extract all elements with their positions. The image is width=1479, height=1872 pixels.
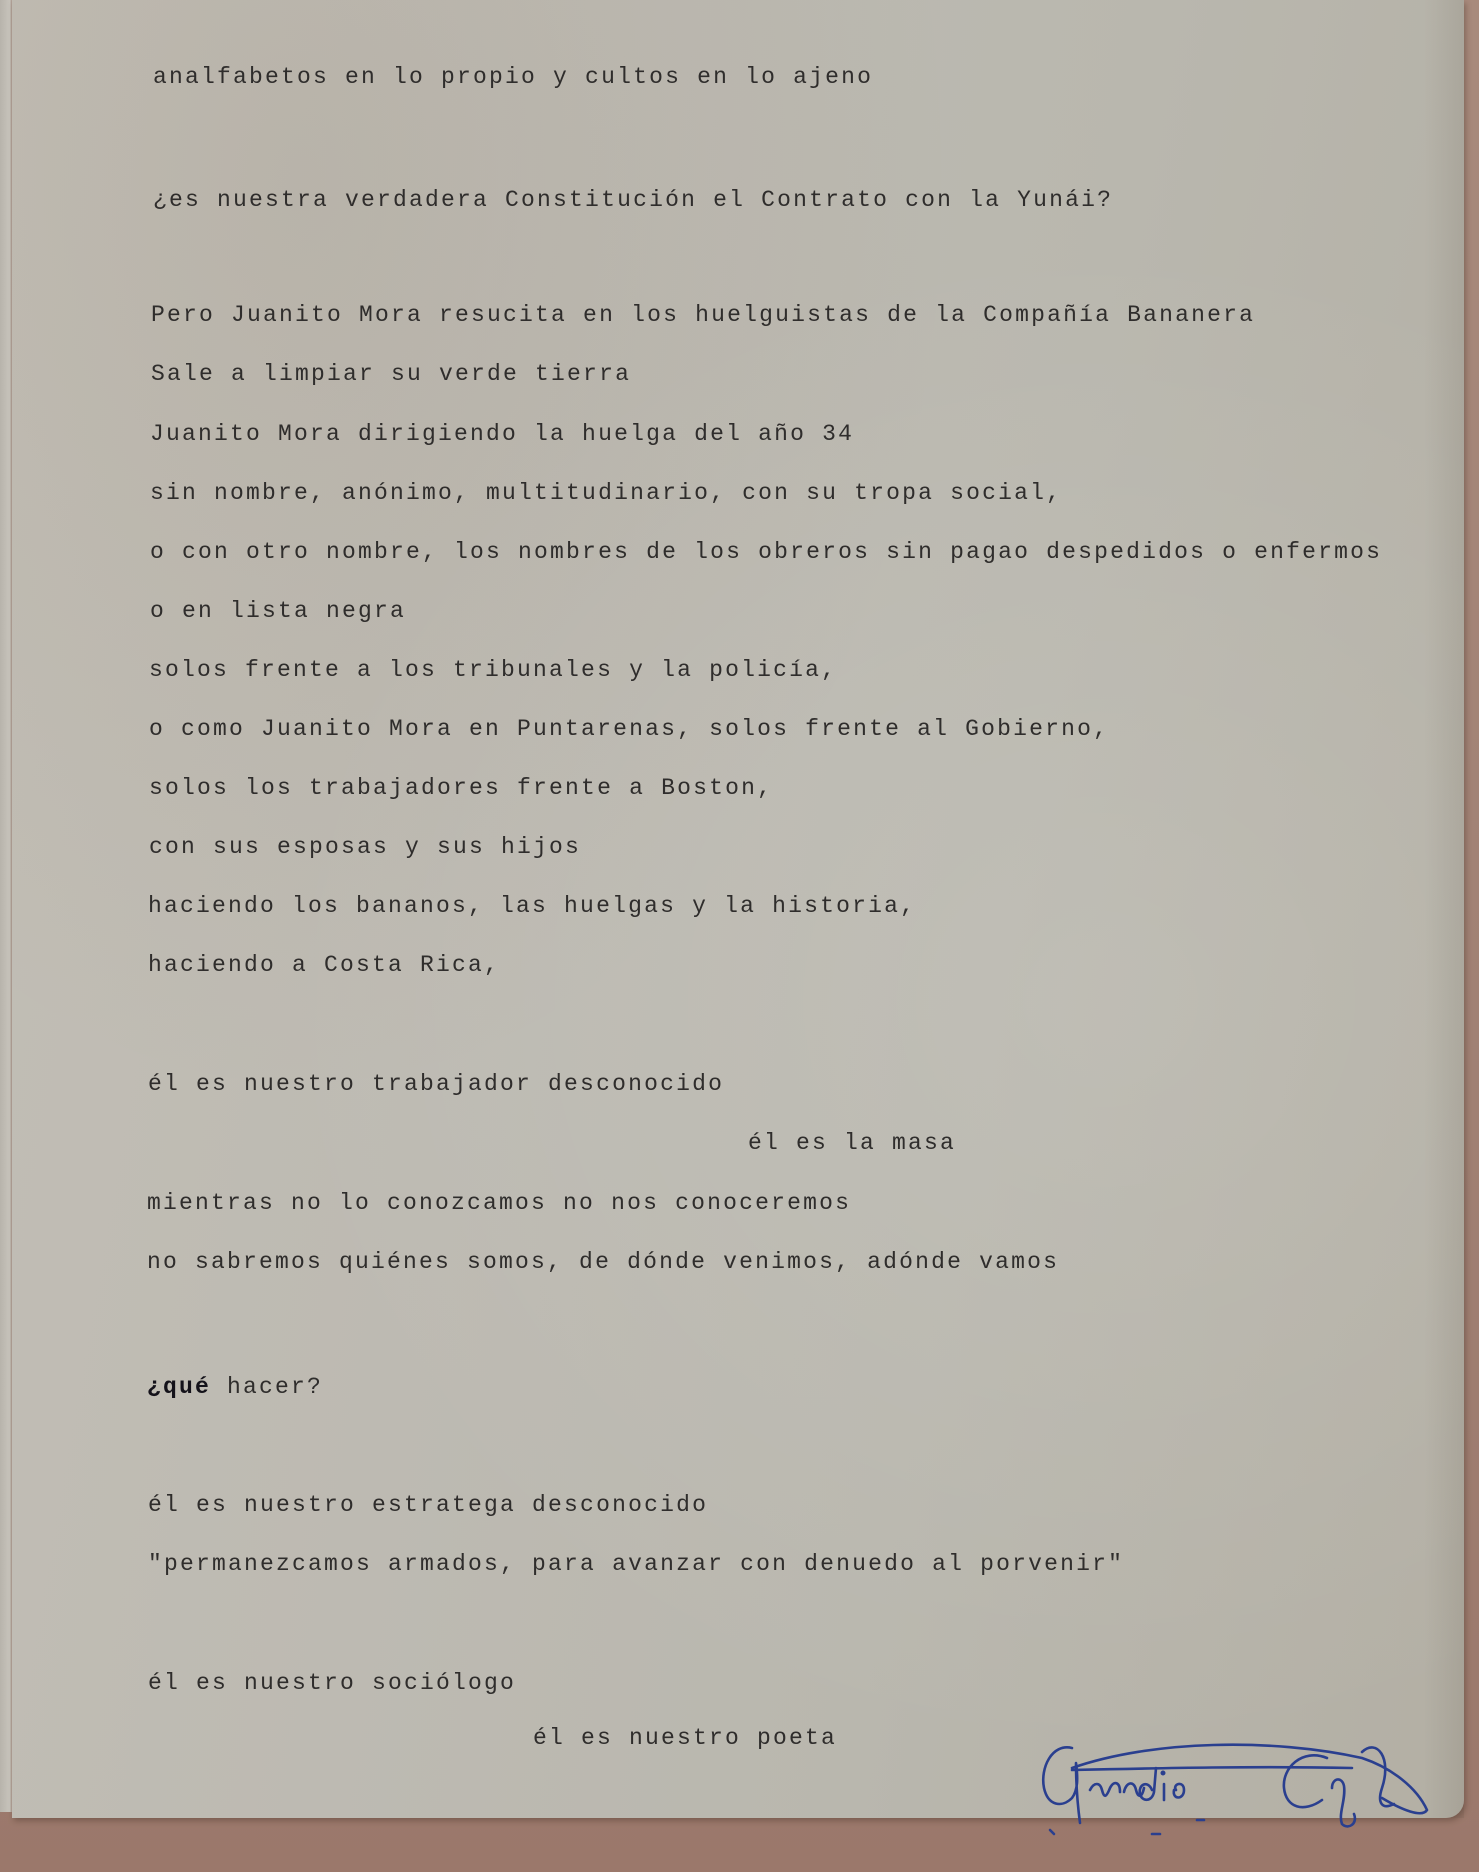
text-line: con sus esposas y sus hijos [149, 836, 581, 859]
text-line: haciendo a Costa Rica, [148, 954, 500, 977]
line-text: él es nuestro estratega desconocido [148, 1492, 708, 1518]
text-line: ¿es nuestra verdadera Constitución el Co… [153, 189, 1113, 212]
line-text: no sabremos quiénes somos, de dónde veni… [147, 1249, 1059, 1275]
text-line: sin nombre, anónimo, multitudinario, con… [150, 482, 1062, 505]
text-line: él es la masa [748, 1132, 956, 1155]
text-line: él es nuestro estratega desconocido [148, 1494, 708, 1517]
line-text: solos frente a los tribunales y la polic… [149, 657, 837, 683]
text-line: solos los trabajadores frente a Boston, [149, 777, 773, 800]
text-line: él es nuestro trabajador desconocido [148, 1073, 724, 1096]
line-text: o como Juanito Mora en Puntarenas, solos… [149, 716, 1109, 742]
text-line: Juanito Mora dirigiendo la huelga del añ… [150, 423, 854, 446]
text-line: no sabremos quiénes somos, de dónde veni… [147, 1251, 1059, 1274]
line-text: "permanezcamos armados, para avanzar con… [148, 1551, 1124, 1577]
text-line: o en lista negra [150, 600, 406, 623]
text-line: o con otro nombre, los nombres de los ob… [150, 541, 1382, 564]
line-text: Juanito Mora dirigiendo la huelga del añ… [150, 421, 854, 447]
text-line: haciendo los bananos, las huelgas y la h… [148, 895, 916, 918]
line-text: o en lista negra [150, 598, 406, 624]
line-text: ¿es nuestra verdadera Constitución el Co… [153, 187, 1113, 213]
line-text: haciendo a Costa Rica, [148, 952, 500, 978]
line-text: él es nuestro trabajador desconocido [148, 1071, 724, 1097]
text-line: solos frente a los tribunales y la polic… [149, 659, 837, 682]
typewritten-page: analfabetos en lo propio y cultos en lo … [12, 0, 1464, 1818]
line-text: sin nombre, anónimo, multitudinario, con… [150, 480, 1062, 506]
text-line: mientras no lo conozcamos no nos conocer… [147, 1192, 851, 1215]
line-text: él es nuestro sociólogo [148, 1670, 516, 1696]
line-text: solos los trabajadores frente a Boston, [149, 775, 773, 801]
line-text: con sus esposas y sus hijos [149, 834, 581, 860]
text-line: él es nuestro poeta [533, 1727, 837, 1750]
signature-icon [1032, 1718, 1452, 1838]
line-text: mientras no lo conozcamos no nos conocer… [147, 1190, 851, 1216]
text-line: ¿qué hacer? [147, 1376, 323, 1399]
line-text: él es nuestro poeta [533, 1725, 837, 1751]
text-line: o como Juanito Mora en Puntarenas, solos… [149, 718, 1109, 741]
line-text: hacer? [211, 1374, 323, 1400]
line-text: él es la masa [748, 1130, 956, 1156]
emphasized-word: ¿qué [147, 1374, 211, 1400]
text-line: analfabetos en lo propio y cultos en lo … [153, 66, 873, 89]
text-line: Pero Juanito Mora resucita en los huelgu… [151, 304, 1255, 327]
text-line: Sale a limpiar su verde tierra [151, 363, 631, 386]
line-text: haciendo los bananos, las huelgas y la h… [148, 893, 916, 919]
line-text: o con otro nombre, los nombres de los ob… [150, 539, 1382, 565]
line-text: analfabetos en lo propio y cultos en lo … [153, 64, 873, 90]
line-text: Sale a limpiar su verde tierra [151, 361, 631, 387]
text-line: "permanezcamos armados, para avanzar con… [148, 1553, 1124, 1576]
text-line: él es nuestro sociólogo [148, 1672, 516, 1695]
line-text: Pero Juanito Mora resucita en los huelgu… [151, 302, 1255, 328]
